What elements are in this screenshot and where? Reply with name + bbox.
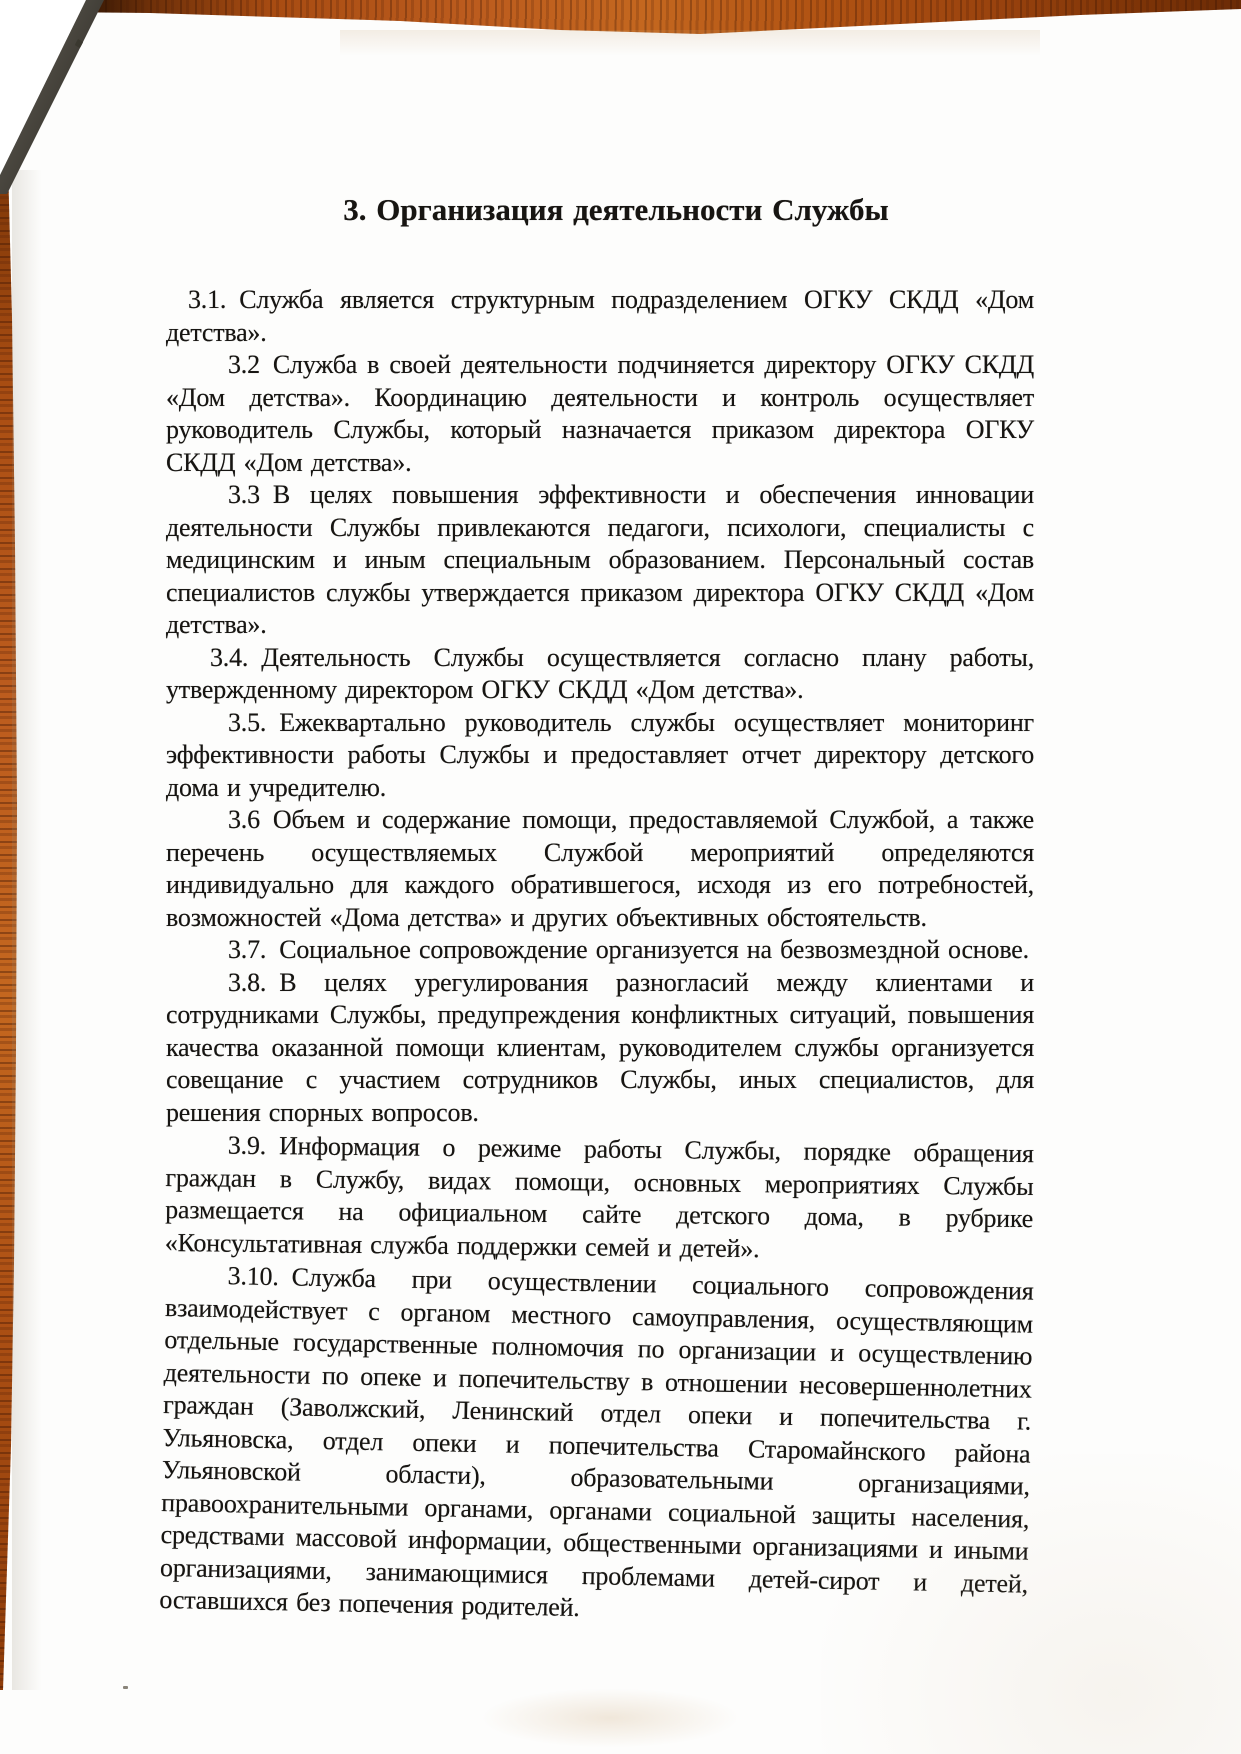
paragraph-3-2: 3.2Служба в своей деятельности подчиняет…: [166, 349, 1034, 479]
page-top-edge-shadow: [340, 30, 1040, 56]
section-number: 3.2: [228, 350, 260, 379]
section-text: Социальное сопровождение организуется на…: [279, 935, 1029, 964]
section-number: 3.4.: [210, 643, 248, 672]
scanned-document-photo: 3. Организация деятельности Службы 3.1.С…: [0, 0, 1241, 1754]
paragraph-3-8: 3.8.В целях урегулирования разногласий м…: [166, 967, 1034, 1130]
paragraph-3-5: 3.5.Ежеквартально руководитель службы ос…: [166, 707, 1034, 805]
scan-smudge: [480, 1688, 740, 1748]
paragraph-3-6: 3.6Объем и содержание помощи, предоставл…: [166, 804, 1034, 934]
section-text: Деятельность Службы осуществляется согла…: [166, 643, 1034, 705]
section-number: 3.6: [228, 805, 260, 834]
section-number: 3.10.: [227, 1261, 279, 1291]
section-number: 3.5.: [228, 708, 266, 737]
paragraph-3-7: 3.7.Социальное сопровождение организуетс…: [166, 934, 1034, 967]
section-text: В целях повышения эффективности и обеспе…: [166, 480, 1034, 639]
paragraph-3-1: 3.1.Служба является структурным подразде…: [166, 284, 1034, 349]
section-number: 3.3: [228, 480, 260, 509]
paragraph-3-4: 3.4.Деятельность Службы осуществляется с…: [166, 642, 1034, 707]
section-number: 3.9.: [228, 1131, 267, 1160]
document-text-block: 3. Организация деятельности Службы 3.1.С…: [166, 191, 1034, 1617]
paragraph-3-3: 3.3В целях повышения эффективности и обе…: [166, 479, 1034, 642]
section-text: В целях урегулирования разногласий между…: [166, 968, 1034, 1127]
section-text: Ежеквартально руководитель службы осущес…: [166, 708, 1034, 802]
section-text: Объем и содержание помощи, предоставляем…: [166, 805, 1034, 932]
section-number: 3.1.: [188, 285, 226, 314]
scan-corner-tint: [821, 1454, 1241, 1754]
paragraph-3-9: 3.9.Информация о режиме работы Службы, п…: [165, 1129, 1034, 1268]
page-left-edge-shadow: [12, 170, 42, 1690]
section-text: Информация о режиме работы Службы, поряд…: [165, 1131, 1034, 1263]
section-text: Служба в своей деятельности подчиняется …: [166, 350, 1034, 477]
section-text: Служба является структурным подразделени…: [166, 285, 1034, 347]
document-title: 3. Организация деятельности Службы: [182, 191, 1050, 228]
section-number: 3.7.: [228, 935, 266, 964]
section-number: 3.8.: [228, 968, 266, 997]
scan-speck: [123, 1686, 128, 1689]
